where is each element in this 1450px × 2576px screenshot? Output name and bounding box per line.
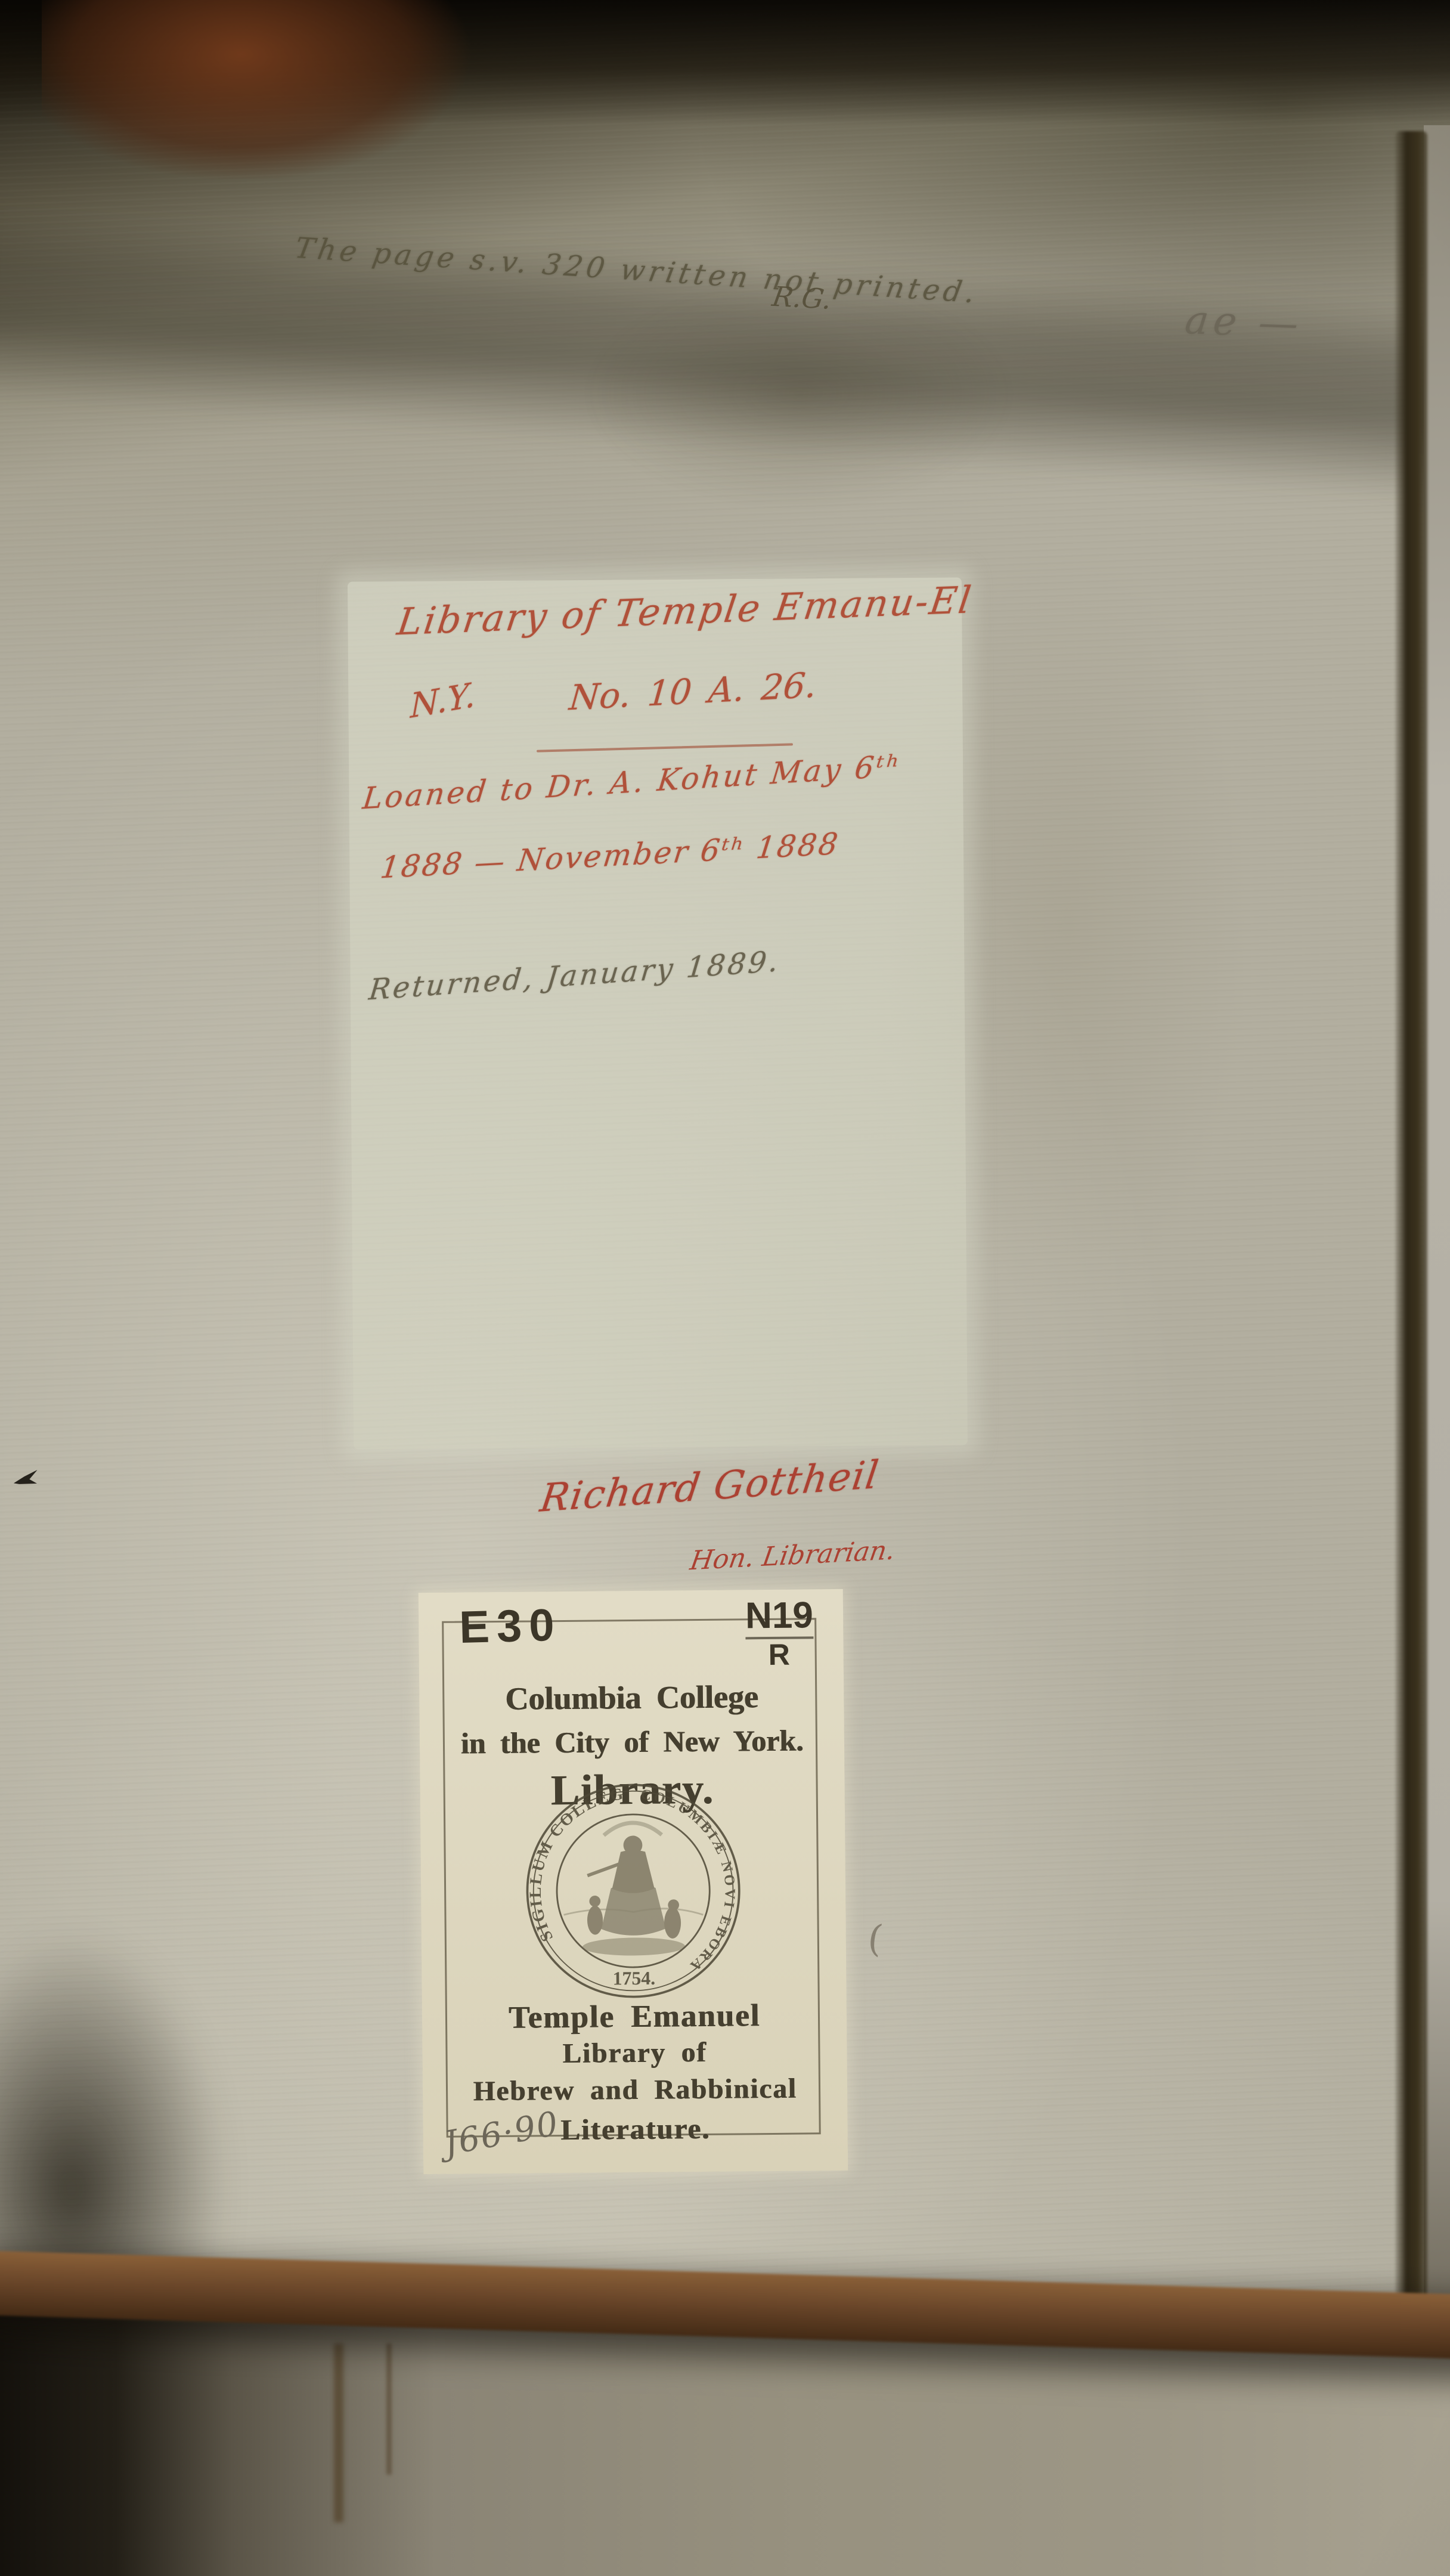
- bookplate: E30 N19 R Columbia College in the City o…: [419, 1589, 848, 2174]
- seal-year: 1754.: [613, 1968, 656, 1989]
- institution-name: Columbia College: [419, 1677, 844, 1718]
- shelfmark-r: R: [768, 1637, 790, 1672]
- seal-figure: [563, 1822, 704, 1956]
- columbia-seal: SIGILLUM COLLEGII COLUMBIÆ NOVI EBORACI …: [521, 1778, 746, 2003]
- collection-line3: Hebrew and Rabbinical: [423, 2072, 847, 2108]
- annotation-initials: R.G.: [770, 280, 834, 315]
- institution-city: in the City of New York.: [420, 1723, 844, 1761]
- stain-streak: [386, 2343, 392, 2475]
- cover-edge: [1395, 131, 1427, 2337]
- stain-streak: [334, 2343, 343, 2522]
- adjacent-book-spine: [42, 0, 495, 179]
- surface-beyond-cover: [1424, 125, 1450, 2343]
- pencil-annotation: ae —: [1183, 297, 1305, 347]
- shelfmark-n19: N19: [745, 1594, 813, 1639]
- book-endpaper-photo: The page s.v. 320 written not printed. R…: [0, 0, 1450, 2576]
- collection-name: Temple Emanuel: [422, 1997, 847, 2036]
- collection-line2: Library of: [422, 2035, 847, 2071]
- shelfmark-e30: E30: [458, 1599, 562, 1654]
